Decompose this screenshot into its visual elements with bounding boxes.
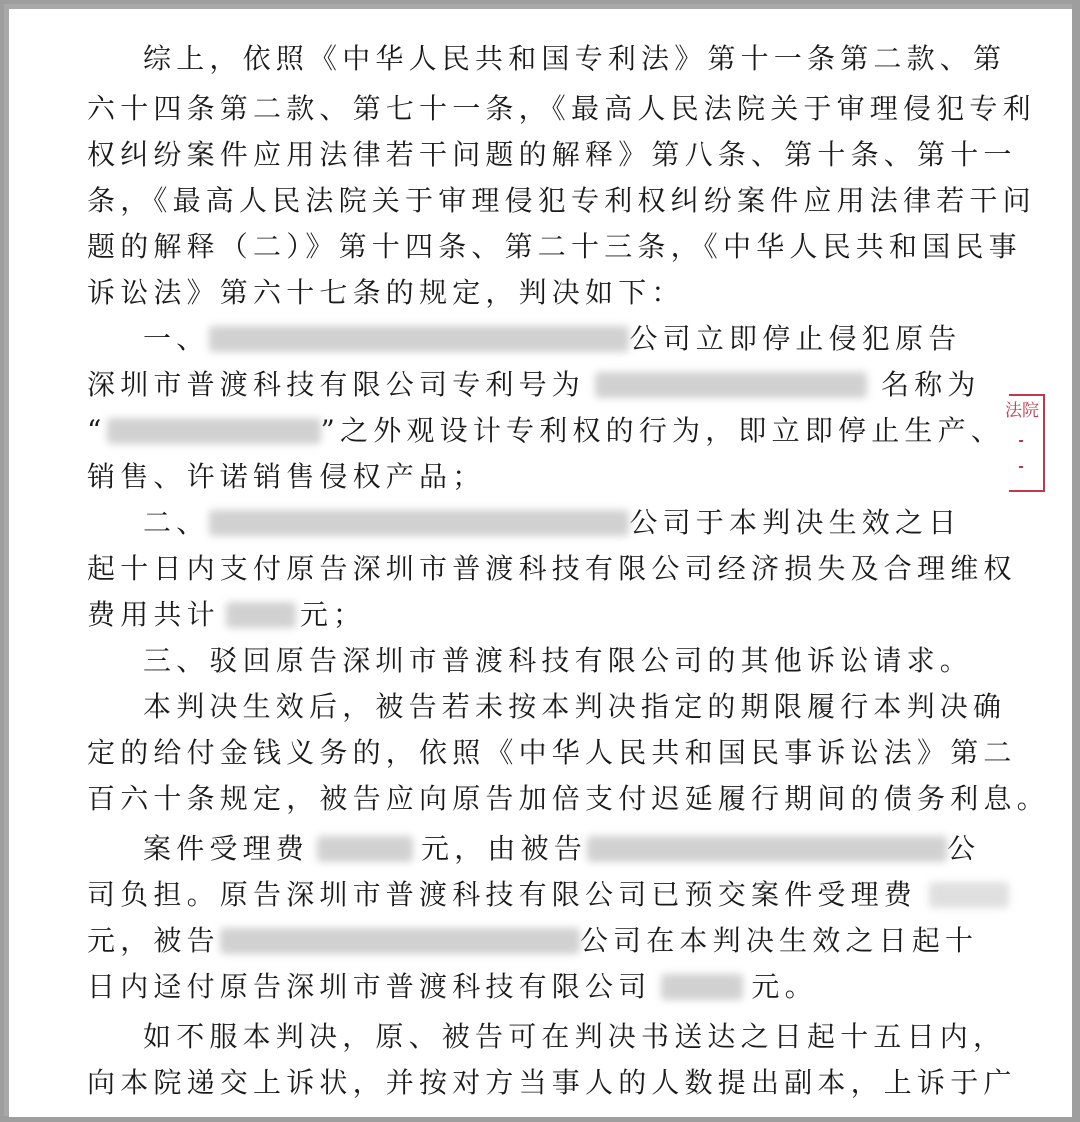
line-text: 元，被告 (87, 924, 220, 957)
text-line: 六十四条第二款、第七十一条，《最高人民法院关于审理侵犯专利 (87, 87, 1036, 131)
line-text: 本判决生效后，被告若未按本判决指定的期限履行本判决确 (143, 690, 1006, 723)
line-text: 六十四条第二款、第七十一条，《最高人民法院关于审理侵犯专利 (87, 92, 1036, 125)
text-line: 司负担。原告深圳市普渡科技有限公司已预交案件受理费 (87, 873, 1009, 917)
text-line: 定的给付金钱义务的，依照《中华人民共和国民事诉讼法》第二 (87, 731, 1017, 775)
line-text: 权纠纷案件应用法律若干问题的解释》第八条、第十条、第十一 (87, 138, 1017, 171)
line-text: 诉讼法》第六十七条的规定，判决如下： (87, 276, 685, 309)
line-text: 公司立即停止侵犯原告 (629, 322, 961, 355)
text-line: 销售、许诺销售侵权产品； (87, 455, 485, 499)
text-line: 权纠纷案件应用法律若干问题的解释》第八条、第十条、第十一 (87, 133, 1017, 177)
text-line: 综上，依照《中华人民共和国专利法》第十一条第二款、第 (143, 37, 1006, 81)
line-text: 元； (300, 598, 366, 631)
text-line: 题的解释（二）》第十四条、第二十三条，《中华人民共和国民事 (87, 225, 1022, 269)
scan-frame: 综上，依照《中华人民共和国专利法》第十一条第二款、第 六十四条第二款、第七十一条… (4, 4, 1072, 1116)
judgment-item-2-line: 二、公司于本判决生效之日 (143, 501, 961, 545)
line-text: 公司于本判决生效之日 (629, 506, 961, 539)
judgment-item-1-line: 一、公司立即停止侵犯原告 (143, 317, 961, 361)
redacted-amount (226, 602, 296, 628)
line-text: 名称为 (881, 368, 981, 401)
court-seal-fragment: 法院 (1009, 394, 1045, 492)
line-text: 费用共计 (87, 598, 220, 631)
line-text: 综上，依照《中华人民共和国专利法》第十一条第二款、第 (143, 42, 1006, 75)
line-text: 公 (947, 832, 980, 865)
redacted-company-name (587, 836, 947, 862)
text-line: 日内迳付原告深圳市普渡科技有限公司元。 (87, 965, 818, 1009)
text-line: 深圳市普渡科技有限公司专利号为名称为 (87, 363, 981, 407)
line-text: 日内迳付原告深圳市普渡科技有限公司 (87, 970, 651, 1003)
redacted-amount (661, 974, 743, 1000)
open-quote: “ (87, 414, 107, 447)
line-text: 司负担。原告深圳市普渡科技有限公司已预交案件受理费 (87, 878, 917, 911)
line-text: 公司在本判决生效之日起十 (580, 924, 978, 957)
line-text: 百六十条规定，被告应向原告加倍支付迟延履行期间的债务利息。 (87, 782, 1050, 815)
line-text: 起十日内支付原告深圳市普渡科技有限公司经济损失及合理维权 (87, 552, 1017, 585)
seal-mark (1019, 466, 1023, 468)
line-text: 深圳市普渡科技有限公司专利号为 (87, 368, 585, 401)
redacted-amount (317, 836, 413, 862)
redacted-design-name (107, 418, 321, 444)
redacted-amount (929, 882, 1009, 908)
text-line: 费用共计元； (87, 593, 366, 637)
line-text: 题的解释（二）》第十四条、第二十三条，《中华人民共和国民事 (87, 230, 1022, 263)
redacted-company-name (209, 326, 629, 352)
text-line: “”之外观设计专利权的行为，即立即停止生产、 (87, 409, 1004, 453)
text-line: 条，《最高人民法院关于审理侵犯专利权纠纷案件应用法律若干问 (87, 179, 1036, 223)
line-text: 条，《最高人民法院关于审理侵犯专利权纠纷案件应用法律若干问 (87, 184, 1036, 217)
line-text: 案件受理费 (143, 832, 309, 865)
item-number: 二、 (143, 506, 209, 539)
redacted-company-name (220, 928, 580, 954)
redacted-company-name (209, 510, 629, 536)
line-text: 销售、许诺销售侵权产品； (87, 460, 485, 493)
judgment-item-3-line: 三、驳回原告深圳市普渡科技有限公司的其他诉讼请求。 (143, 639, 973, 683)
text-line: 百六十条规定，被告应向原告加倍支付迟延履行期间的债务利息。 (87, 777, 1050, 821)
seal-mark (1019, 440, 1023, 442)
text-line: 起十日内支付原告深圳市普渡科技有限公司经济损失及合理维权 (87, 547, 1017, 591)
text-line: 诉讼法》第六十七条的规定，判决如下： (87, 271, 685, 315)
line-text: 元。 (751, 970, 817, 1003)
line-text: ”之外观设计专利权的行为，即立即停止生产、 (321, 414, 1005, 447)
text-line: 向本院递交上诉状，并按对方当事人的人数提出副本，上诉于广 (87, 1061, 1017, 1105)
text-line: 本判决生效后，被告若未按本判决指定的期限履行本判决确 (143, 685, 1006, 729)
line-text: 定的给付金钱义务的，依照《中华人民共和国民事诉讼法》第二 (87, 736, 1017, 769)
redacted-patent-number (595, 372, 867, 398)
line-text: 向本院递交上诉状，并按对方当事人的人数提出副本，上诉于广 (87, 1066, 1017, 1099)
line-text: 如不服本判决，原、被告可在判决书送达之日起十五日内， (143, 1020, 1006, 1053)
text-line: 元，被告公司在本判决生效之日起十 (87, 919, 978, 963)
text-line: 如不服本判决，原、被告可在判决书送达之日起十五日内， (143, 1015, 1006, 1059)
line-text: 元，由被告 (421, 832, 587, 865)
text-line: 案件受理费元，由被告公 (143, 827, 980, 871)
item-number: 一、 (143, 322, 209, 355)
seal-text: 法院 (1005, 402, 1039, 420)
line-text: 三、驳回原告深圳市普渡科技有限公司的其他诉讼请求。 (143, 644, 973, 677)
document-page: 综上，依照《中华人民共和国专利法》第十一条第二款、第 六十四条第二款、第七十一条… (9, 9, 1072, 1117)
